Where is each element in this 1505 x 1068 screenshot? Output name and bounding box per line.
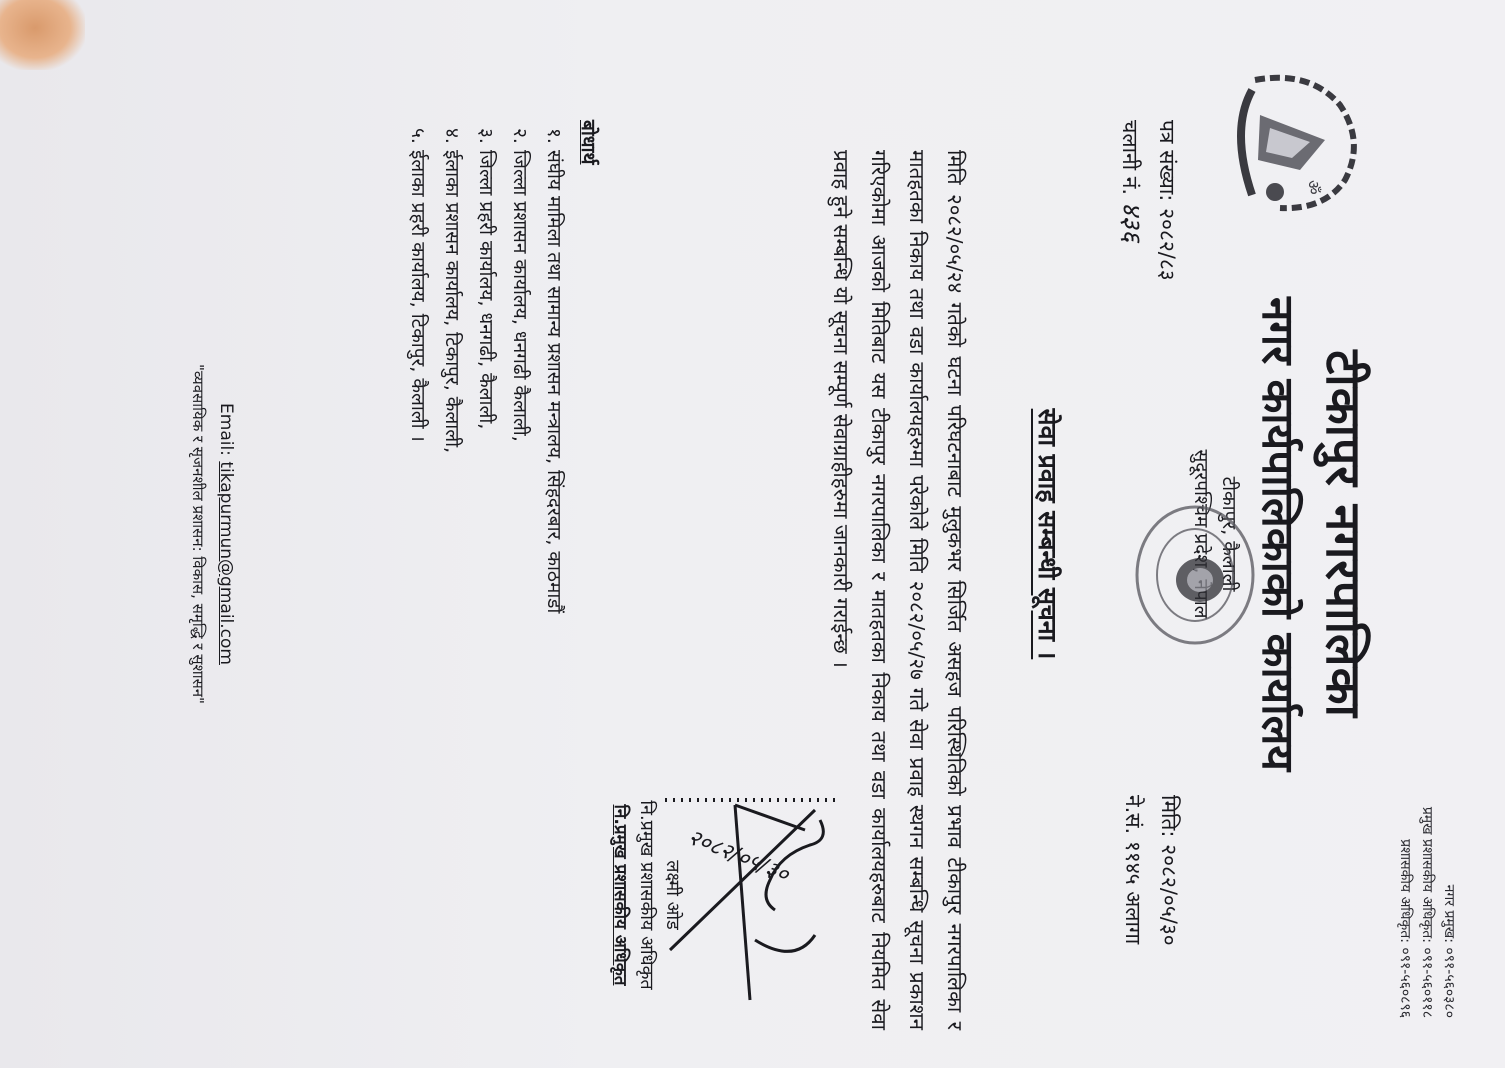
reference-numbers: पत्र संख्या: २०८२/८३ चलानी नं. ४३६ [1112, 120, 1185, 281]
designation-stamp: नि.प्रमुख प्रशासकीय अधिकृत [607, 760, 633, 1030]
signatory-designation: नि.प्रमुख प्रशासकीय अधिकृत [633, 760, 659, 1030]
cc-list: बोधार्थ १. संघीय मामिला तथा सामान्य प्रश… [401, 120, 605, 613]
letter-number: पत्र संख्या: २०८२/८३ [1149, 120, 1185, 281]
nepal-sambat-date: ने.सं. ११४५ अलागा [1115, 795, 1151, 946]
handwritten-signature: २०८२/०५/३० [655, 790, 855, 1010]
notice-page: ॐ नगर प्रमुख: ०९१-५६०३८० प्रमुख प्रशासकी… [0, 0, 1505, 1068]
signatory-name: लक्ष्मी ओड [659, 760, 685, 1030]
contact-cao: प्रमुख प्रशासकीय अधिकृत: ०९१-५६०११८ [1416, 807, 1438, 1018]
date-block: मिति: २०८२/०५/३० ने.सं. ११४५ अलागा [1115, 795, 1187, 946]
dispatch-number: चलानी नं. ४३६ [1112, 120, 1149, 281]
footer-motto: "व्यवसायिक र सृजनशील प्रशासन: विकास, समृ… [184, 0, 212, 1068]
finger-thumb-artifact [0, 0, 85, 70]
email-link[interactable]: tikapurmun@gmail.com [216, 461, 236, 665]
contact-numbers: नगर प्रमुख: ०९१-५६०३८० प्रमुख प्रशासकीय … [1394, 807, 1460, 1018]
cc-item: ५. ईलाका प्रहरी कार्यालय, टिकापुर, कैलाल… [401, 128, 435, 613]
signatory: लक्ष्मी ओड नि.प्रमुख प्रशासकीय अधिकृत नि… [607, 760, 685, 1030]
notice-subject: सेवा प्रवाह सम्बन्धी सूचना । [1031, 0, 1065, 1068]
scanned-document-viewport: ॐ नगर प्रमुख: ०९१-५६०३८० प्रमुख प्रशासकी… [0, 0, 1505, 1068]
handwritten-date: २०८२/०५/३० [684, 825, 793, 889]
cc-item: ४. ईलाका प्रशासन कार्यालय, टिकापुर, कैला… [435, 128, 469, 613]
date: मिति: २०८२/०५/३० [1151, 795, 1187, 946]
cc-item: २. जिल्ला प्रशासन कार्यालय, धनगढी कैलाली… [503, 128, 537, 613]
cc-item: ३. जिल्ला प्रहरी कार्यालय, धनगढी, कैलाली… [469, 128, 503, 613]
footer-email: Email: tikapurmun@gmail.com [212, 0, 240, 1068]
footer: Email: tikapurmun@gmail.com "व्यवसायिक र… [184, 0, 240, 1068]
contact-mayor: नगर प्रमुख: ०९१-५६०३८० [1438, 807, 1460, 1018]
contact-admin-officer: प्रशासकीय अधिकृत: ०९१-५६०८९६ [1394, 807, 1416, 1018]
cc-items: १. संघीय मामिला तथा सामान्य प्रशासन मन्त… [401, 120, 571, 613]
cc-item: १. संघीय मामिला तथा सामान्य प्रशासन मन्त… [537, 128, 571, 613]
municipality-seal-stamp-icon [1130, 500, 1260, 650]
cc-heading: बोधार्थ [571, 120, 605, 613]
municipality-name: टीकापुर नगरपालिका [1312, 0, 1377, 1068]
